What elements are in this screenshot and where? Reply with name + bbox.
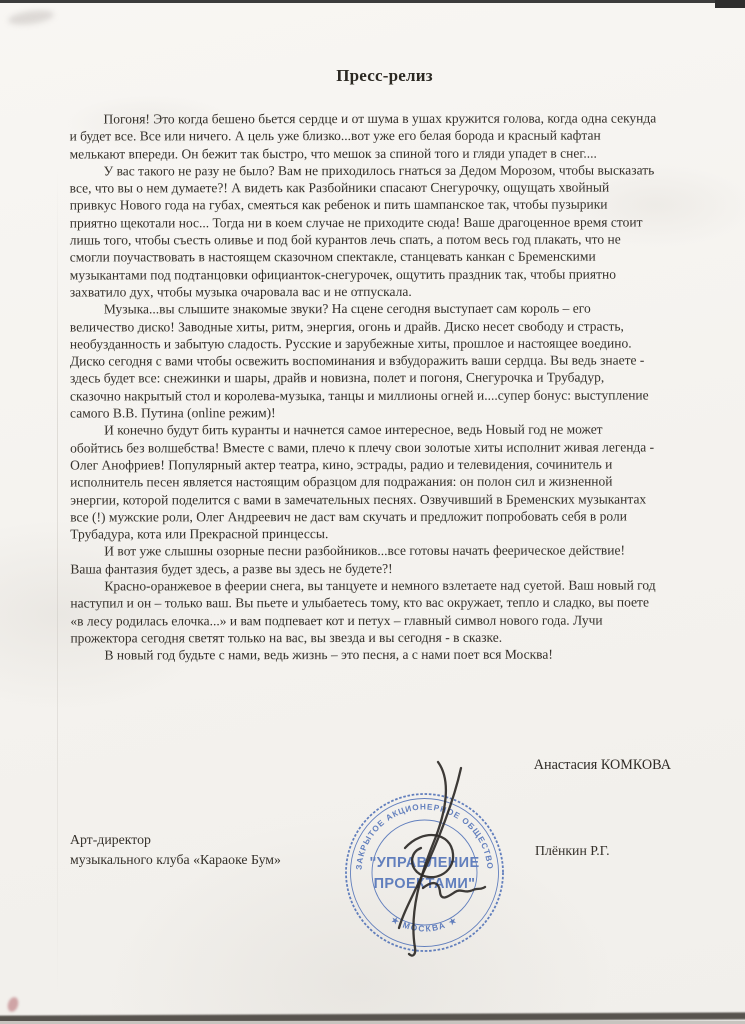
paragraph-5: И вот уже слышны озорные песни разбойник…: [70, 542, 658, 578]
signatory-position-line1: Арт-директор: [70, 830, 281, 850]
document-title: Пресс-релиз: [0, 0, 745, 86]
scanner-edge-top-corner: [715, 0, 745, 8]
signatory-position-line2: музыкального клуба «Караоке Бум»: [70, 850, 281, 870]
paragraph-4: И конечно будут бить куранты и начнется …: [70, 421, 658, 543]
paragraph-6: Красно-оранжевое в феерии снега, вы танц…: [70, 577, 658, 647]
document-body: Погоня! Это когда бешено бьется сердце и…: [70, 109, 659, 664]
paragraph-7: В новый год будьте с нами, ведь жизнь – …: [70, 646, 658, 664]
signature-stroke-squiggle: [423, 883, 485, 897]
red-ink-mark: [6, 996, 20, 1013]
scanner-edge-top: [0, 0, 745, 3]
paper-crease: [57, 170, 58, 1000]
scanned-document-page: Пресс-релиз Погоня! Это когда бешено бье…: [0, 0, 745, 1024]
author-name: Анастасия КОМКОВА: [534, 757, 671, 774]
paragraph-3: Музыка...вы слышите знакомые звуки? На с…: [70, 300, 658, 422]
signature-stroke-main: [409, 762, 446, 956]
paragraph-2: У вас такого не разу не было? Вам не при…: [70, 161, 658, 300]
paragraph-1: Погоня! Это когда бешено бьется сердце и…: [70, 109, 658, 162]
handwritten-signature: [365, 752, 500, 967]
signatory-name: Плёнкин Р.Г.: [535, 843, 610, 859]
signatory-position: Арт-директор музыкального клуба «Караоке…: [70, 830, 281, 869]
